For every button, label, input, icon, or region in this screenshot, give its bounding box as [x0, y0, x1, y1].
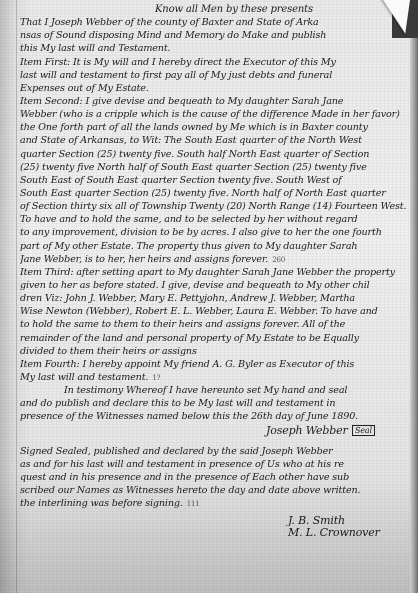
text-line: and State of Arkansas, to Wit: The South… [20, 134, 408, 147]
text-line-content: My last will and testament. [20, 372, 148, 383]
text-line: quarter Section (25) twenty five. South … [20, 148, 408, 161]
text-line-content: Jane Webber, is to her, her heirs and as… [20, 254, 268, 265]
text-line: to any improvement, division to be by ac… [20, 226, 408, 239]
witness-signature: M. L. Crownover [288, 526, 380, 540]
marginal-note: 260 [272, 256, 285, 264]
text-line: divided to them their heirs or assigns [20, 345, 408, 358]
attestation-line: as and for his last will and testament i… [20, 458, 408, 471]
text-line: Wise Newton (Webber), Robert E. L. Webbe… [20, 305, 408, 318]
text-line: given to her as before stated. I give, d… [20, 279, 408, 292]
testimony-line: In testimony Whereof I have hereunto set… [20, 384, 408, 397]
text-line: South East quarter Section (25) twenty f… [20, 187, 408, 200]
will-text: Know all Men by these presents That I Jo… [20, 3, 408, 542]
text-line: My last will and testament.1? [20, 371, 408, 384]
folded-corner [376, 0, 410, 34]
text-line: Webber (who is a cripple which is the ca… [20, 108, 408, 121]
document-heading: Know all Men by these presents [20, 3, 408, 16]
marginal-note: 1? [152, 374, 160, 382]
item-first: Item First: It is My will and I hereby d… [20, 56, 408, 69]
text-line: the One forth part of all the lands owne… [20, 121, 408, 134]
item-second: Item Second: I give devise and bequeath … [20, 95, 408, 108]
page-edge [410, 0, 418, 593]
text-line: To have and to hold the same, and to be … [20, 213, 408, 226]
witness-signature: J. B. Smith [288, 514, 345, 526]
text-line: Jane Webber, is to her, her heirs and as… [20, 253, 408, 266]
text-line: South East of South East quarter Section… [20, 174, 408, 187]
text-line: remainder of the land and personal prope… [20, 332, 408, 345]
item-third: Item Third: after setting apart to My da… [20, 266, 408, 279]
spacer [20, 437, 408, 445]
text-line: to hold the same to them to their heirs … [20, 318, 408, 331]
text-line: nsas of Sound disposing Mind and Memory … [20, 29, 408, 42]
text-line-content: the interlining was before signing. [20, 498, 183, 509]
attestation-line: Signed Sealed, published and declared by… [20, 445, 408, 458]
attestation-line: scribed our Names as Witnesses hereto th… [20, 484, 408, 497]
text-line: last will and testament to first pay all… [20, 69, 408, 82]
text-line: this My last will and Testament. [20, 42, 408, 55]
document-scan: Know all Men by these presents That I Jo… [0, 0, 418, 593]
text-line: (25) twenty five North half of South Eas… [20, 161, 408, 174]
seal-box: Seal [352, 425, 375, 436]
text-line: part of My other Estate. The property th… [20, 240, 408, 253]
item-fourth: Item Fourth: I hereby appoint My friend … [20, 358, 408, 371]
text-line: dren Viz: John J. Webber, Mary E. Pettyj… [20, 292, 408, 305]
signature-line: Joseph Webber Seal [20, 424, 408, 437]
text-line: of Section thirty six all of Township Tw… [20, 200, 408, 213]
witness-line: M. L. Crownover [20, 526, 408, 542]
witness-line: J. B. Smith [20, 510, 408, 526]
text-line: Expenses out of My Estate. [20, 82, 408, 95]
testimony-line: and do publish and declare this to be My… [20, 397, 408, 410]
text-line: That I Joseph Webber of the county of Ba… [20, 16, 408, 29]
attestation-line: the interlining was before signing.111 [20, 497, 408, 510]
testator-signature: Joseph Webber [266, 424, 348, 437]
margin-line [16, 0, 17, 593]
attestation-line: quest and in his presence and in the pre… [20, 471, 408, 484]
marginal-note: 111 [187, 500, 200, 508]
testimony-line: presence of the Witnesses named below th… [20, 410, 408, 423]
